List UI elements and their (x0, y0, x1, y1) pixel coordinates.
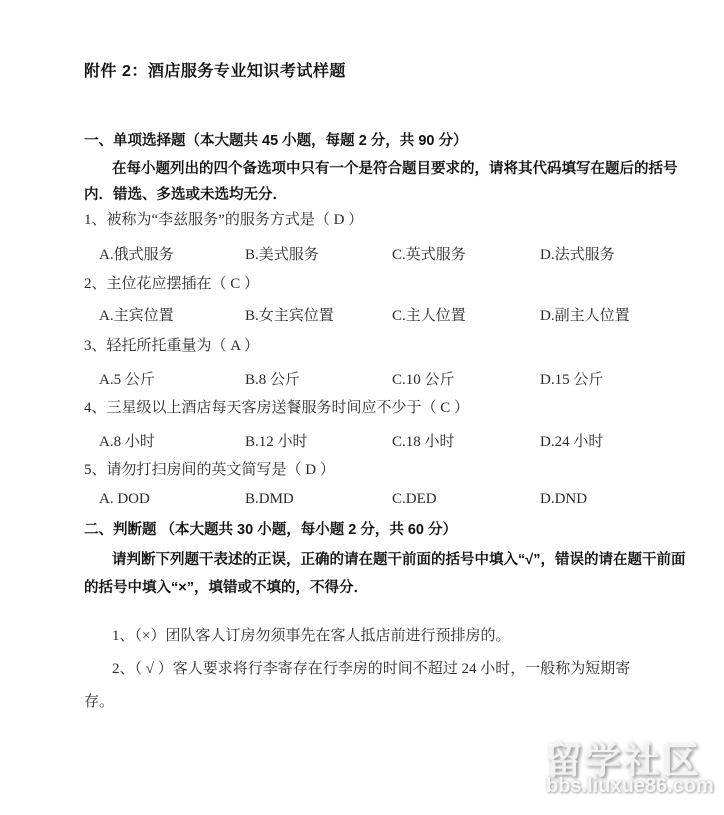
option-b: B.12 小时 (245, 430, 392, 451)
option-c: C.18 小时 (392, 430, 540, 451)
watermark: 留学社区 bbs.liuxue86.com (546, 742, 724, 796)
tf-question-2-line2: 存。 (84, 693, 114, 712)
mc-question-1: 1、被称为“李兹服务”的服务方式是（ D ） (84, 211, 363, 230)
option-d: D.15 公斤 (540, 368, 689, 389)
page-title: 附件 2：酒店服务专业知识考试样题 (84, 62, 346, 81)
option-d: D.DND (540, 491, 689, 508)
mc-question-4-options: A.8 小时 B.12 小时 C.18 小时 D.24 小时 (99, 430, 689, 451)
mc-question-5: 5、请勿打扫房间的英文简写是（ D ） (84, 461, 335, 480)
section1-heading: 一、单项选择题（本大题共 45 小题，每题 2 分，共 90 分） (84, 132, 468, 151)
mc-question-2-options: A.主宾位置 B.女主宾位置 C.主人位置 D.副主人位置 (99, 304, 689, 325)
option-c: C.10 公斤 (392, 368, 540, 389)
mc-question-2: 2、主位花应摆插在（ C ） (84, 275, 259, 294)
watermark-logo-text: 留学社区 (546, 742, 724, 780)
section2-heading: 二、判断题 （本大题共 30 小题，每小题 2 分，共 60 分） (84, 521, 457, 540)
option-d: D.法式服务 (540, 243, 689, 264)
mc-question-1-options: A.俄式服务 B.美式服务 C.英式服务 D.法式服务 (99, 243, 689, 264)
option-a: A.8 小时 (99, 430, 245, 451)
exam-document-page: 附件 2：酒店服务专业知识考试样题 一、单项选择题（本大题共 45 小题，每题 … (0, 0, 724, 815)
option-d: D.副主人位置 (540, 304, 689, 325)
mc-question-5-options: A. DOD B.DMD C.DED D.DND (99, 491, 689, 508)
option-c: C.英式服务 (392, 243, 540, 264)
section1-instruction-line1: 在每小题列出的四个备选项中只有一个是符合题目要求的，请将其代码填写在题后的括号 (112, 160, 678, 179)
option-b: B.女主宾位置 (245, 304, 392, 325)
tf-question-1: 1、（×）团队客人订房勿须事先在客人抵店前进行预排房的。 (112, 627, 510, 646)
option-a: A.5 公斤 (99, 368, 245, 389)
section1-instruction-line2: 内．错选、多选或未选均无分． (84, 186, 287, 205)
option-b: B.美式服务 (245, 243, 392, 264)
section2-instruction-line2: 的括号中填入“×”，填错或不填的，不得分． (84, 579, 368, 598)
option-a: A.俄式服务 (99, 243, 245, 264)
option-a: A.主宾位置 (99, 304, 245, 325)
option-c: C.主人位置 (392, 304, 540, 325)
section2-instruction-line1: 请判断下列题干表述的正误，正确的请在题干前面的括号中填入“√”，错误的请在题干前… (112, 551, 685, 570)
option-c: C.DED (392, 491, 540, 508)
option-b: B.8 公斤 (245, 368, 392, 389)
option-d: D.24 小时 (540, 430, 689, 451)
option-a: A. DOD (99, 491, 245, 508)
mc-question-4: 4、三星级以上酒店每天客房送餐服务时间应不少于（ C ） (84, 399, 469, 418)
watermark-url: bbs.liuxue86.com (546, 776, 724, 796)
tf-question-2-line1: 2、（ √ ）客人要求将行李寄存在行李房的时间不超过 24 小时，一般称为短期寄 (112, 660, 630, 679)
mc-question-3-options: A.5 公斤 B.8 公斤 C.10 公斤 D.15 公斤 (99, 368, 689, 389)
mc-question-3: 3、轻托所托重量为（ A ） (84, 337, 259, 356)
option-b: B.DMD (245, 491, 392, 508)
